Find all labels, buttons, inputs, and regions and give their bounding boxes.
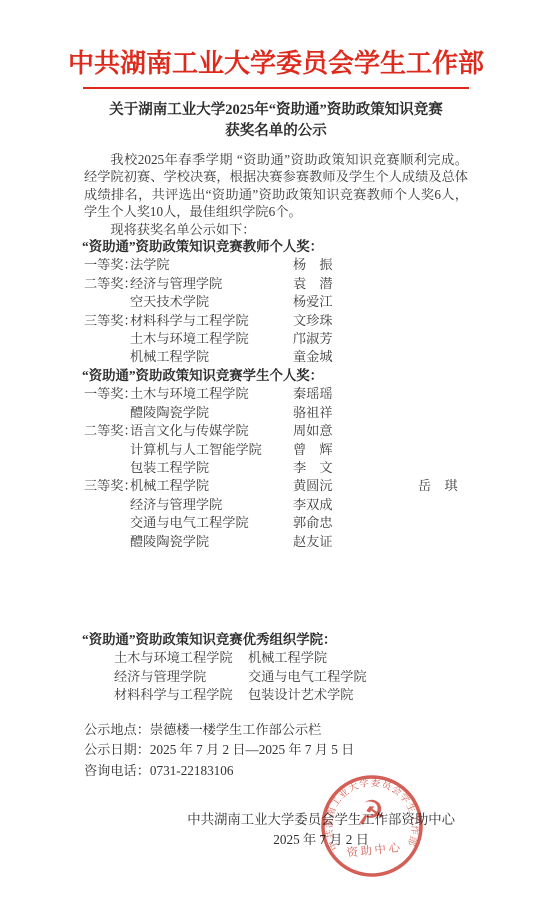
prize-label xyxy=(84,496,130,514)
winner-name: 童金城 xyxy=(293,348,418,366)
prize-label: 一等奖： xyxy=(84,385,130,403)
teacher-award-row: 二等奖： 经济与管理学院 袁 潜 xyxy=(84,275,492,293)
teacher-award-row: 一等奖： 法学院 杨 振 xyxy=(84,256,492,274)
student-award-row: 醴陵陶瓷学院 骆祖祥 xyxy=(84,404,492,422)
red-divider xyxy=(83,87,469,89)
teacher-award-row: 空天技术学院 杨爱江 xyxy=(84,293,492,311)
winner-name: 曾 辉 xyxy=(293,441,418,459)
college-name: 经济与管理学院 xyxy=(114,668,248,686)
college-name: 土木与环境工程学院 xyxy=(114,649,248,667)
prize-label xyxy=(84,348,130,366)
winner-name: 骆祖祥 xyxy=(293,404,418,422)
doc-title: 关于湖南工业大学2025年“资助通”资助政策知识竞赛 获奖名单的公示 xyxy=(0,100,552,142)
teacher-award-row: 土木与环境工程学院 邝淑芳 xyxy=(84,330,492,348)
prize-label xyxy=(84,293,130,311)
prize-label xyxy=(84,404,130,422)
teacher-award-row: 机械工程学院 童金城 xyxy=(84,348,492,366)
intro-line: 经学院初赛、学校决赛，根据决赛参赛教师及学生个人成绩及总体 xyxy=(84,168,468,185)
prize-label xyxy=(84,533,130,551)
college-name: 语言文化与传媒学院 xyxy=(130,422,293,440)
winner-name: 黄圆沅 xyxy=(293,477,418,495)
college-name: 机械工程学院 xyxy=(248,649,327,667)
college-name: 法学院 xyxy=(130,256,293,274)
college-name: 交通与电气工程学院 xyxy=(130,514,293,532)
intro-line: 学生个人奖10人，最佳组织学院6个。 xyxy=(84,203,468,220)
intro-line: 成绩排名，共评选出“资助通”资助政策知识竞赛教师个人奖6人， xyxy=(84,186,468,203)
college-name: 经济与管理学院 xyxy=(130,496,293,514)
org-award-row: 材料科学与工程学院 包装设计艺术学院 xyxy=(84,686,492,704)
prize-label: 一等奖： xyxy=(84,256,130,274)
student-award-row: 计算机与人工智能学院 曾 辉 xyxy=(84,441,492,459)
student-award-row: 醴陵陶瓷学院 赵友证 xyxy=(84,533,492,551)
college-name: 包装设计艺术学院 xyxy=(248,686,354,704)
teacher-award-row: 三等奖： 材料科学与工程学院 文珍珠 xyxy=(84,312,492,330)
party-emblem-icon: ☭ xyxy=(354,792,388,834)
doc-title-line2: 获奖名单的公示 xyxy=(0,121,552,142)
college-name: 醴陵陶瓷学院 xyxy=(130,404,293,422)
org-award-row: 土木与环境工程学院 机械工程学院 xyxy=(84,649,492,667)
college-name: 包装工程学院 xyxy=(130,459,293,477)
college-name: 土木与环境工程学院 xyxy=(130,385,293,403)
prize-label: 三等奖： xyxy=(84,312,130,330)
winner-name: 李 文 xyxy=(293,459,418,477)
winner-name: 文珍珠 xyxy=(293,312,418,330)
prize-label: 二等奖： xyxy=(84,422,130,440)
student-award-row: 经济与管理学院 李双成 xyxy=(84,496,492,514)
lead-in-line: 现将获奖名单公示如下： xyxy=(84,221,468,238)
doc-title-line1: 关于湖南工业大学2025年“资助通”资助政策知识竞赛 xyxy=(0,100,552,121)
intro-line: 我校2025年春季学期 “资助通”资助政策知识竞赛顺利完成。 xyxy=(84,151,468,168)
org-awards-heading: “资助通”资助政策知识竞赛优秀组织学院： xyxy=(82,631,482,649)
winner-name: 杨爱江 xyxy=(293,293,418,311)
org-header-title: 中共湖南工业大学委员会学生工作部 xyxy=(0,0,552,82)
prize-label xyxy=(84,330,130,348)
college-name: 材料科学与工程学院 xyxy=(130,312,293,330)
college-name: 材料科学与工程学院 xyxy=(114,686,248,704)
college-name: 计算机与人工智能学院 xyxy=(130,441,293,459)
prize-label: 二等奖： xyxy=(84,275,130,293)
prize-label xyxy=(84,514,130,532)
org-awards-section: “资助通”资助政策知识竞赛优秀组织学院： 土木与环境工程学院 机械工程学院 经济… xyxy=(0,631,552,705)
official-stamp: 中共湖南工业大学委员会学生工作部 ☭ 资助中心 xyxy=(304,758,440,894)
college-name: 机械工程学院 xyxy=(130,477,293,495)
winner-name: 郭俞忠 xyxy=(293,514,418,532)
winner-name: 赵友证 xyxy=(293,533,418,551)
winner-name: 邝淑芳 xyxy=(293,330,418,348)
prize-label: 三等奖： xyxy=(84,477,130,495)
student-award-row: 三等奖： 机械工程学院 黄圆沅 岳 琪 xyxy=(84,477,492,495)
college-name: 交通与电气工程学院 xyxy=(248,668,367,686)
college-name: 机械工程学院 xyxy=(130,348,293,366)
winner-name: 杨 振 xyxy=(293,256,418,274)
org-award-row: 经济与管理学院 交通与电气工程学院 xyxy=(84,668,492,686)
winner-name: 李双成 xyxy=(293,496,418,514)
college-name: 经济与管理学院 xyxy=(130,275,293,293)
prize-label xyxy=(84,459,130,477)
stamp-center-text: 资助中心 xyxy=(346,840,403,860)
student-award-row: 二等奖： 语言文化与传媒学院 周如意 xyxy=(84,422,492,440)
student-awards-heading: “资助通”资助政策知识竞赛学生个人奖： xyxy=(82,367,482,385)
teacher-awards-heading: “资助通”资助政策知识竞赛教师个人奖： xyxy=(82,238,482,256)
notice-dates: 公示日期：2025 年 7 月 2 日—2025 年 7 月 5 日 xyxy=(84,740,468,761)
student-award-row: 一等奖： 土木与环境工程学院 秦瑶瑶 xyxy=(84,385,492,403)
notice-location: 公示地点：崇德楼一楼学生工作部公示栏 xyxy=(84,720,468,741)
winner-name: 袁 潜 xyxy=(293,275,418,293)
student-award-row: 交通与电气工程学院 郭俞忠 xyxy=(84,514,492,532)
document-page: 中共湖南工业大学委员会学生工作部 关于湖南工业大学2025年“资助通”资助政策知… xyxy=(0,0,552,909)
student-award-row: 包装工程学院 李 文 xyxy=(84,459,492,477)
college-name: 醴陵陶瓷学院 xyxy=(130,533,293,551)
prize-label xyxy=(84,441,130,459)
college-name: 土木与环境工程学院 xyxy=(130,330,293,348)
winner-name: 周如意 xyxy=(293,422,418,440)
intro-paragraph: 我校2025年春季学期 “资助通”资助政策知识竞赛顺利完成。 经学院初赛、学校决… xyxy=(84,151,468,221)
college-name: 空天技术学院 xyxy=(130,293,293,311)
winner-name-2: 岳 琪 xyxy=(418,477,458,495)
winner-name: 秦瑶瑶 xyxy=(293,385,418,403)
